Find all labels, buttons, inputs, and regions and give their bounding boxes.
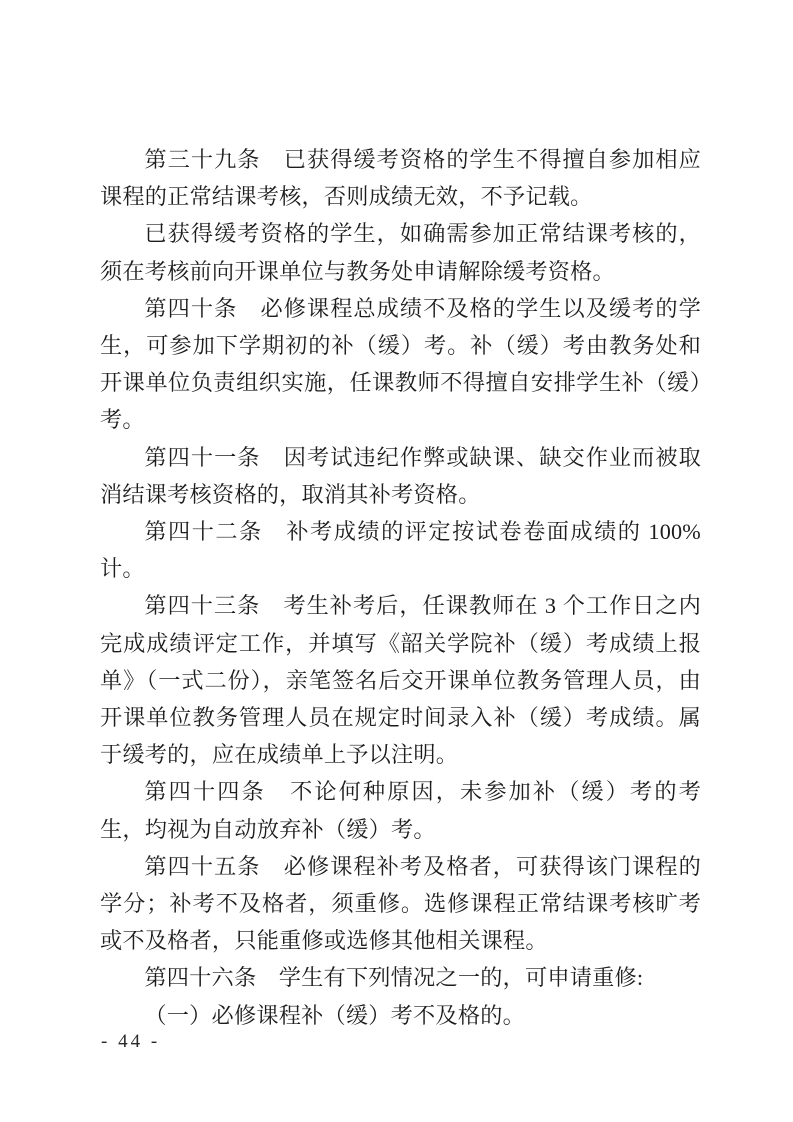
paragraph-article-41: 第四十一条 因考试违纪作弊或缺课、缺交作业而被取消结课考核资格的，取消其补考资格… [100, 439, 701, 513]
document-page: 第三十九条 已获得缓考资格的学生不得擅自参加相应课程的正常结课考核，否则成绩无效… [0, 0, 793, 1122]
paragraph-article-40: 第四十条 必修课程总成绩不及格的学生以及缓考的学生，可参加下学期初的补（缓）考。… [100, 290, 701, 439]
document-body: 第三十九条 已获得缓考资格的学生不得擅自参加相应课程的正常结课考核，否则成绩无效… [100, 141, 701, 1034]
paragraph-article-44: 第四十四条 不论何种原因，未参加补（缓）考的考生，均视为自动放弃补（缓）考。 [100, 773, 701, 847]
paragraph-article-39-cont: 已获得缓考资格的学生，如确需参加正常结课考核的，须在考核前向开课单位与教务处申请… [100, 215, 701, 289]
paragraph-article-45: 第四十五条 必修课程补考及格者，可获得该门课程的学分；补考不及格者，须重修。选修… [100, 848, 701, 960]
paragraph-item-1: （一）必修课程补（缓）考不及格的。 [100, 997, 701, 1034]
paragraph-article-43: 第四十三条 考生补考后，任课教师在 3 个工作日之内完成成绩评定工作，并填写《韶… [100, 587, 701, 773]
paragraph-article-42: 第四十二条 补考成绩的评定按试卷卷面成绩的 100%计。 [100, 513, 701, 587]
paragraph-article-39: 第三十九条 已获得缓考资格的学生不得擅自参加相应课程的正常结课考核，否则成绩无效… [100, 141, 701, 215]
page-number: - 44 - [101, 1031, 160, 1053]
paragraph-article-46: 第四十六条 学生有下列情况之一的，可申请重修: [100, 959, 701, 996]
